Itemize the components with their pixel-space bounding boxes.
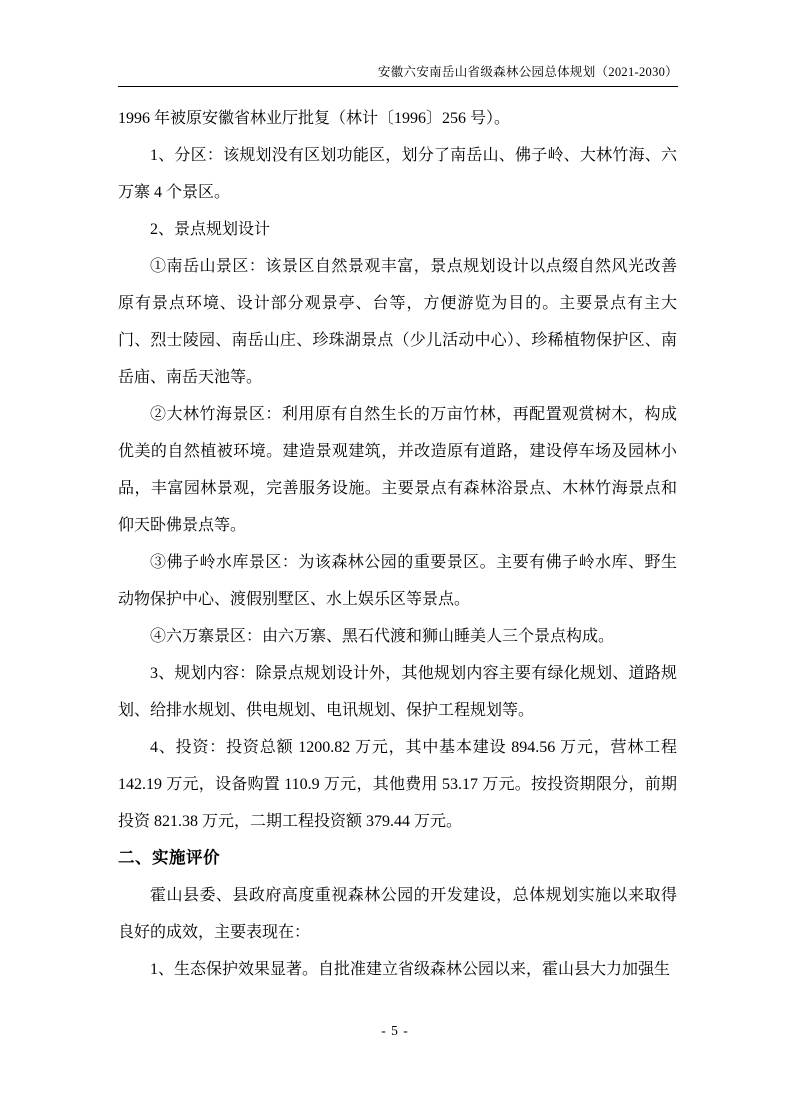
document-page: 安徽六安南岳山省级森林公园总体规划（2021-2030） 1996 年被原安徽省… (0, 0, 790, 1118)
paragraph-continuation: 1996 年被原安徽省林业厅批复（林计〔1996〕256 号）。 (118, 100, 677, 137)
paragraph-nanyueshan-area: ①南岳山景区：该景区自然景观丰富，景点规划设计以点缀自然风光改善原有景点环境、设… (118, 248, 677, 396)
section-heading-implementation-evaluation: 二、实施评价 (118, 840, 677, 877)
document-body: 1996 年被原安徽省林业厅批复（林计〔1996〕256 号）。 1、分区：该规… (118, 100, 677, 988)
paragraph-investment: 4、投资：投资总额 1200.82 万元，其中基本建设 894.56 万元，营林… (118, 729, 677, 840)
paragraph-scenic-design-heading: 2、景点规划设计 (118, 211, 677, 248)
paragraph-dalin-bamboo-area: ②大林竹海景区：利用原有自然生长的万亩竹林，再配置观赏树木，构成优美的自然植被环… (118, 396, 677, 544)
paragraph-government-attention: 霍山县委、县政府高度重视森林公园的开发建设，总体规划实施以来取得良好的成效，主要… (118, 877, 677, 951)
page-header-title: 安徽六安南岳山省级森林公园总体规划（2021-2030） (118, 62, 678, 82)
paragraph-zoning: 1、分区：该规划没有区划功能区，划分了南岳山、佛子岭、大林竹海、六万寨 4 个景… (118, 137, 677, 211)
paragraph-ecological-protection: 1、生态保护效果显著。自批准建立省级森林公园以来，霍山县大力加强生 (118, 951, 677, 988)
header-divider-line (118, 86, 678, 87)
page-number: - 5 - (0, 1020, 790, 1042)
paragraph-foziling-reservoir-area: ③佛子岭水库景区：为该森林公园的重要景区。主要有佛子岭水库、野生动物保护中心、渡… (118, 544, 677, 618)
paragraph-liuwanzhai-area: ④六万寨景区：由六万寨、黑石代渡和狮山睡美人三个景点构成。 (118, 618, 677, 655)
paragraph-planning-content: 3、规划内容：除景点规划设计外，其他规划内容主要有绿化规划、道路规划、给排水规划… (118, 655, 677, 729)
